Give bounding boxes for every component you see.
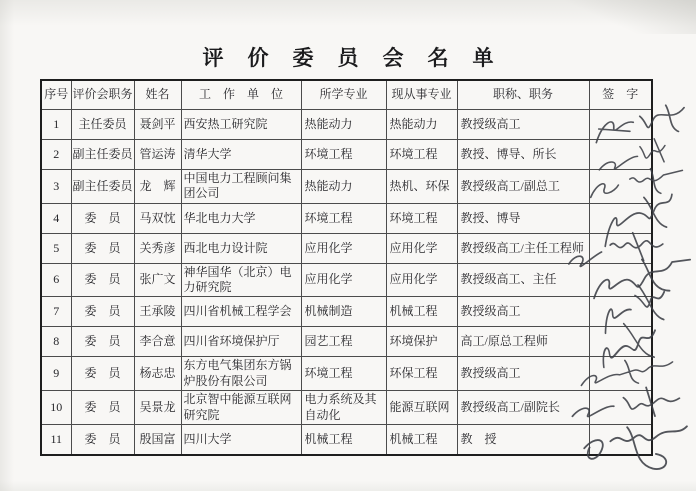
- cell-current: 环境工程: [386, 140, 457, 170]
- cell-role: 委 员: [71, 424, 134, 455]
- page-title: 评价委员会名单: [0, 42, 696, 72]
- table-row: 2副主任委员管运涛清华大学环境工程环境工程教授、博导、所长: [41, 140, 652, 170]
- cell-current: 环境工程: [386, 203, 457, 233]
- cell-name: 殷国富: [134, 424, 181, 455]
- cell-unit: 西安热工研究院: [181, 110, 301, 140]
- cell-role: 委 员: [71, 357, 134, 391]
- cell-no: 8: [41, 327, 71, 357]
- header-cell-major: 所学专业: [301, 80, 386, 110]
- table-header-row: 序号 评价会职务 姓名 工 作 单 位 所学专业 现从事专业 职称、职务 签 字: [41, 80, 652, 110]
- cell-name: 聂剑平: [134, 110, 181, 140]
- cell-major: 热能动力: [301, 170, 386, 204]
- cell-no: 6: [41, 263, 71, 297]
- cell-role: 副主任委员: [71, 140, 134, 170]
- cell-role: 委 员: [71, 327, 134, 357]
- cell-title: 教授级高工/副院长: [457, 391, 589, 425]
- table-body: 1主任委员聂剑平西安热工研究院热能动力热能动力教授级高工2副主任委员管运涛清华大…: [41, 110, 652, 455]
- committee-table: 序号 评价会职务 姓名 工 作 单 位 所学专业 现从事专业 职称、职务 签 字…: [40, 79, 653, 456]
- cell-major: 园艺工程: [301, 327, 386, 357]
- scan-artifact-bottom: [0, 481, 696, 491]
- cell-signature: [589, 424, 652, 455]
- cell-no: 3: [41, 170, 71, 204]
- cell-title: 教授、博导: [457, 203, 589, 233]
- cell-title: 高工/原总工程师: [457, 327, 589, 357]
- cell-major: 机械制造: [301, 297, 386, 327]
- cell-major: 环境工程: [301, 140, 386, 170]
- cell-title: 教 授: [457, 424, 589, 455]
- cell-unit: 华北电力大学: [181, 203, 301, 233]
- cell-name: 李合意: [134, 327, 181, 357]
- table-row: 6委 员张广文神华国华（北京）电力研究院应用化学应用化学教授级高工、主任: [41, 263, 652, 297]
- cell-no: 5: [41, 233, 71, 263]
- cell-signature: [589, 391, 652, 425]
- cell-role: 委 员: [71, 233, 134, 263]
- cell-unit: 东方电气集团东方锅炉股份有限公司: [181, 357, 301, 391]
- cell-signature: [589, 233, 652, 263]
- header-cell-name: 姓名: [134, 80, 181, 110]
- cell-current: 热机、环保: [386, 170, 457, 204]
- scan-artifact-top: [0, 0, 696, 26]
- table-row: 4委 员马双忱华北电力大学环境工程环境工程教授、博导: [41, 203, 652, 233]
- scan-artifact-corner: [526, 0, 696, 34]
- cell-title: 教授级高工: [457, 357, 589, 391]
- cell-no: 10: [41, 391, 71, 425]
- scanned-document-page: 评价委员会名单 序号 评价会职务 姓名 工 作 单 位 所学专业 现从事专业 职…: [0, 0, 696, 491]
- header-cell-signature: 签 字: [589, 80, 652, 110]
- cell-major: 环境工程: [301, 357, 386, 391]
- cell-signature: [589, 140, 652, 170]
- table-row: 1主任委员聂剑平西安热工研究院热能动力热能动力教授级高工: [41, 110, 652, 140]
- cell-role: 委 员: [71, 263, 134, 297]
- cell-major: 应用化学: [301, 233, 386, 263]
- header-cell-current: 现从事专业: [386, 80, 457, 110]
- cell-name: 关秀彦: [134, 233, 181, 263]
- cell-current: 应用化学: [386, 263, 457, 297]
- cell-name: 龙 辉: [134, 170, 181, 204]
- cell-unit: 清华大学: [181, 140, 301, 170]
- cell-signature: [589, 327, 652, 357]
- cell-major: 机械工程: [301, 424, 386, 455]
- cell-current: 热能动力: [386, 110, 457, 140]
- header-cell-role: 评价会职务: [71, 80, 134, 110]
- cell-name: 马双忱: [134, 203, 181, 233]
- cell-no: 4: [41, 203, 71, 233]
- cell-name: 吴景龙: [134, 391, 181, 425]
- cell-unit: 中国电力工程顾问集团公司: [181, 170, 301, 204]
- cell-no: 2: [41, 140, 71, 170]
- header-cell-no: 序号: [41, 80, 71, 110]
- cell-current: 环境保护: [386, 327, 457, 357]
- cell-unit: 北京智中能源互联网研究院: [181, 391, 301, 425]
- cell-unit: 神华国华（北京）电力研究院: [181, 263, 301, 297]
- cell-title: 教授级高工: [457, 297, 589, 327]
- cell-current: 机械工程: [386, 424, 457, 455]
- cell-role: 委 员: [71, 297, 134, 327]
- cell-signature: [589, 170, 652, 204]
- cell-unit: 西北电力设计院: [181, 233, 301, 263]
- cell-name: 张广文: [134, 263, 181, 297]
- cell-title: 教授、博导、所长: [457, 140, 589, 170]
- cell-current: 能源互联网: [386, 391, 457, 425]
- table-row: 10委 员吴景龙北京智中能源互联网研究院电力系统及其自动化能源互联网教授级高工/…: [41, 391, 652, 425]
- table-row: 11委 员殷国富四川大学机械工程机械工程教 授: [41, 424, 652, 455]
- cell-major: 环境工程: [301, 203, 386, 233]
- cell-name: 王承陵: [134, 297, 181, 327]
- cell-no: 7: [41, 297, 71, 327]
- cell-unit: 四川大学: [181, 424, 301, 455]
- cell-major: 热能动力: [301, 110, 386, 140]
- cell-signature: [589, 203, 652, 233]
- scan-artifact-left: [0, 0, 14, 491]
- cell-unit: 四川省环境保护厅: [181, 327, 301, 357]
- header-cell-unit: 工 作 单 位: [181, 80, 301, 110]
- cell-role: 委 员: [71, 203, 134, 233]
- cell-major: 应用化学: [301, 263, 386, 297]
- cell-current: 环保工程: [386, 357, 457, 391]
- cell-current: 应用化学: [386, 233, 457, 263]
- cell-signature: [589, 297, 652, 327]
- table-row: 9委 员杨志忠东方电气集团东方锅炉股份有限公司环境工程环保工程教授级高工: [41, 357, 652, 391]
- cell-signature: [589, 263, 652, 297]
- cell-unit: 四川省机械工程学会: [181, 297, 301, 327]
- table-row: 5委 员关秀彦西北电力设计院应用化学应用化学教授级高工/主任工程师: [41, 233, 652, 263]
- cell-role: 主任委员: [71, 110, 134, 140]
- cell-signature: [589, 110, 652, 140]
- cell-no: 11: [41, 424, 71, 455]
- table-row: 3副主任委员龙 辉中国电力工程顾问集团公司热能动力热机、环保教授级高工/副总工: [41, 170, 652, 204]
- cell-title: 教授级高工/主任工程师: [457, 233, 589, 263]
- cell-role: 委 员: [71, 391, 134, 425]
- table-row: 7委 员王承陵四川省机械工程学会机械制造机械工程教授级高工: [41, 297, 652, 327]
- cell-major: 电力系统及其自动化: [301, 391, 386, 425]
- cell-name: 杨志忠: [134, 357, 181, 391]
- cell-current: 机械工程: [386, 297, 457, 327]
- cell-signature: [589, 357, 652, 391]
- cell-no: 9: [41, 357, 71, 391]
- table-row: 8委 员李合意四川省环境保护厅园艺工程环境保护高工/原总工程师: [41, 327, 652, 357]
- cell-no: 1: [41, 110, 71, 140]
- cell-title: 教授级高工/副总工: [457, 170, 589, 204]
- cell-title: 教授级高工、主任: [457, 263, 589, 297]
- cell-title: 教授级高工: [457, 110, 589, 140]
- cell-role: 副主任委员: [71, 170, 134, 204]
- cell-name: 管运涛: [134, 140, 181, 170]
- header-cell-title: 职称、职务: [457, 80, 589, 110]
